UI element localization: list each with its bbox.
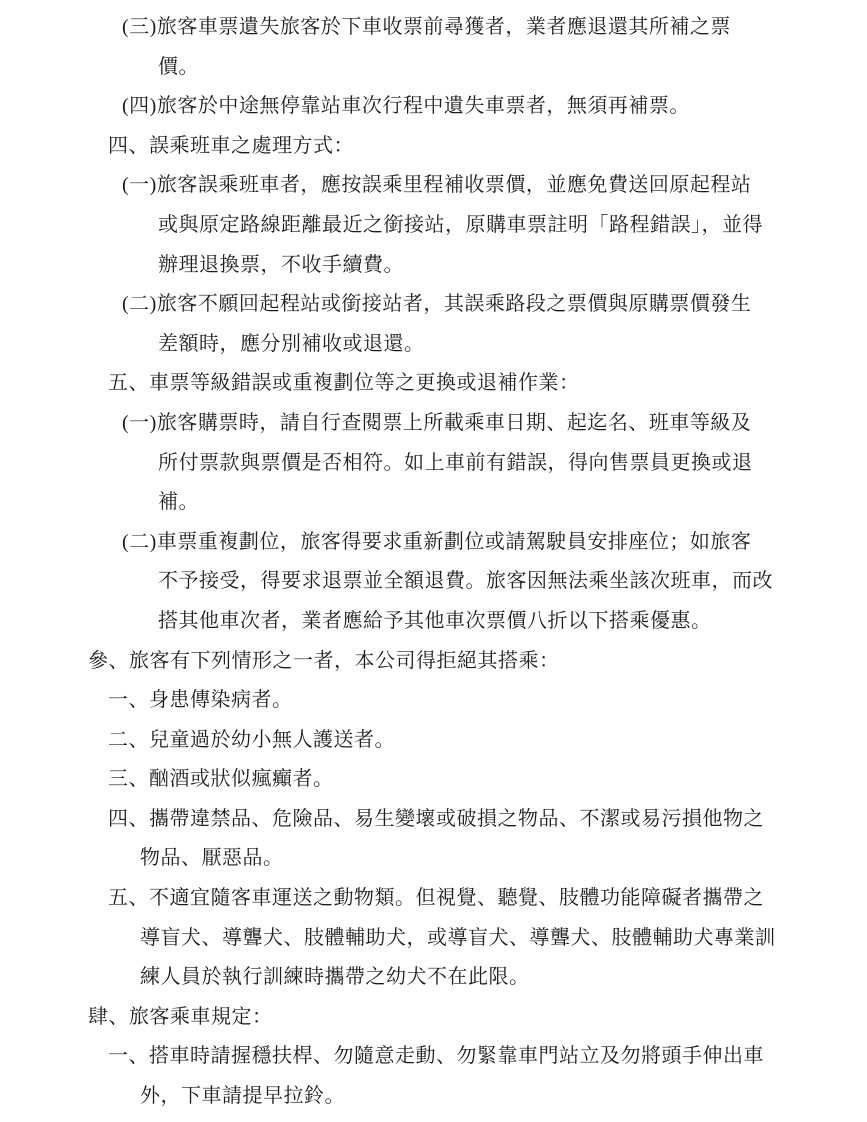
list-item-line: 四、攜帶違禁品、危險品、易生變壞或破損之物品、不潔或易污損他物之	[0, 800, 867, 840]
continuation-line: 不予接受，得要求退票並全額退費。旅客因無法乘坐該次班車，而改	[0, 562, 867, 602]
continuation-line: 練人員於執行訓練時攜帶之幼犬不在此限。	[0, 958, 867, 998]
section-heading-line: 參、旅客有下列情形之一者，本公司得拒絕其搭乘：	[0, 642, 867, 682]
continuation-line: 導盲犬、導聾犬、肢體輔助犬，或導盲犬、導聾犬、肢體輔助犬專業訓	[0, 919, 867, 959]
list-item-line: 四、誤乘班車之處理方式：	[0, 127, 867, 167]
sublist-item-line: (二)車票重複劃位，旅客得要求重新劃位或請駕駛員安排座位；如旅客	[0, 523, 867, 563]
list-item-line: 三、酗酒或狀似瘋癲者。	[0, 760, 867, 800]
list-item-line: 一、身患傳染病者。	[0, 681, 867, 721]
document-page: (三)旅客車票遺失旅客於下車收票前尋獲者，業者應退還其所補之票價。(四)旅客於中…	[0, 0, 867, 1122]
continuation-line: 外，下車請提早拉鈴。	[0, 1077, 867, 1117]
continuation-line: 差額時，應分別補收或退還。	[0, 325, 867, 365]
section-heading-line: 肆、旅客乘車規定：	[0, 998, 867, 1038]
list-item-line: 五、車票等級錯誤或重複劃位等之更換或退補作業：	[0, 364, 867, 404]
sublist-item-line: (三)旅客車票遺失旅客於下車收票前尋獲者，業者應退還其所補之票	[0, 8, 867, 48]
sublist-item-line: (一)旅客誤乘班車者，應按誤乘里程補收票價，並應免費送回原起程站	[0, 166, 867, 206]
continuation-line: 價。	[0, 48, 867, 88]
continuation-line: 或與原定路線距離最近之銜接站，原購車票註明「路程錯誤」，並得	[0, 206, 867, 246]
continuation-line: 物品、厭惡品。	[0, 839, 867, 879]
continuation-line: 所付票款與票價是否相符。如上車前有錯誤，得向售票員更換或退	[0, 444, 867, 484]
list-item-line: 五、不適宜隨客車運送之動物類。但視覺、聽覺、肢體功能障礙者攜帶之	[0, 879, 867, 919]
document-body: (三)旅客車票遺失旅客於下車收票前尋獲者，業者應退還其所補之票價。(四)旅客於中…	[0, 0, 867, 1117]
sublist-item-line: (二)旅客不願回起程站或銜接站者，其誤乘路段之票價與原購票價發生	[0, 285, 867, 325]
sublist-item-line: (四)旅客於中途無停靠站車次行程中遺失車票者，無須再補票。	[0, 87, 867, 127]
continuation-line: 辦理退換票，不收手續費。	[0, 246, 867, 286]
continuation-line: 搭其他車次者，業者應給予其他車次票價八折以下搭乘優惠。	[0, 602, 867, 642]
list-item-line: 一、搭車時請握穩扶桿、勿隨意走動、勿緊靠車門站立及勿將頭手伸出車	[0, 1037, 867, 1077]
list-item-line: 二、兒童過於幼小無人護送者。	[0, 721, 867, 761]
continuation-line: 補。	[0, 483, 867, 523]
sublist-item-line: (一)旅客購票時，請自行查閱票上所載乘車日期、起迄名、班車等級及	[0, 404, 867, 444]
